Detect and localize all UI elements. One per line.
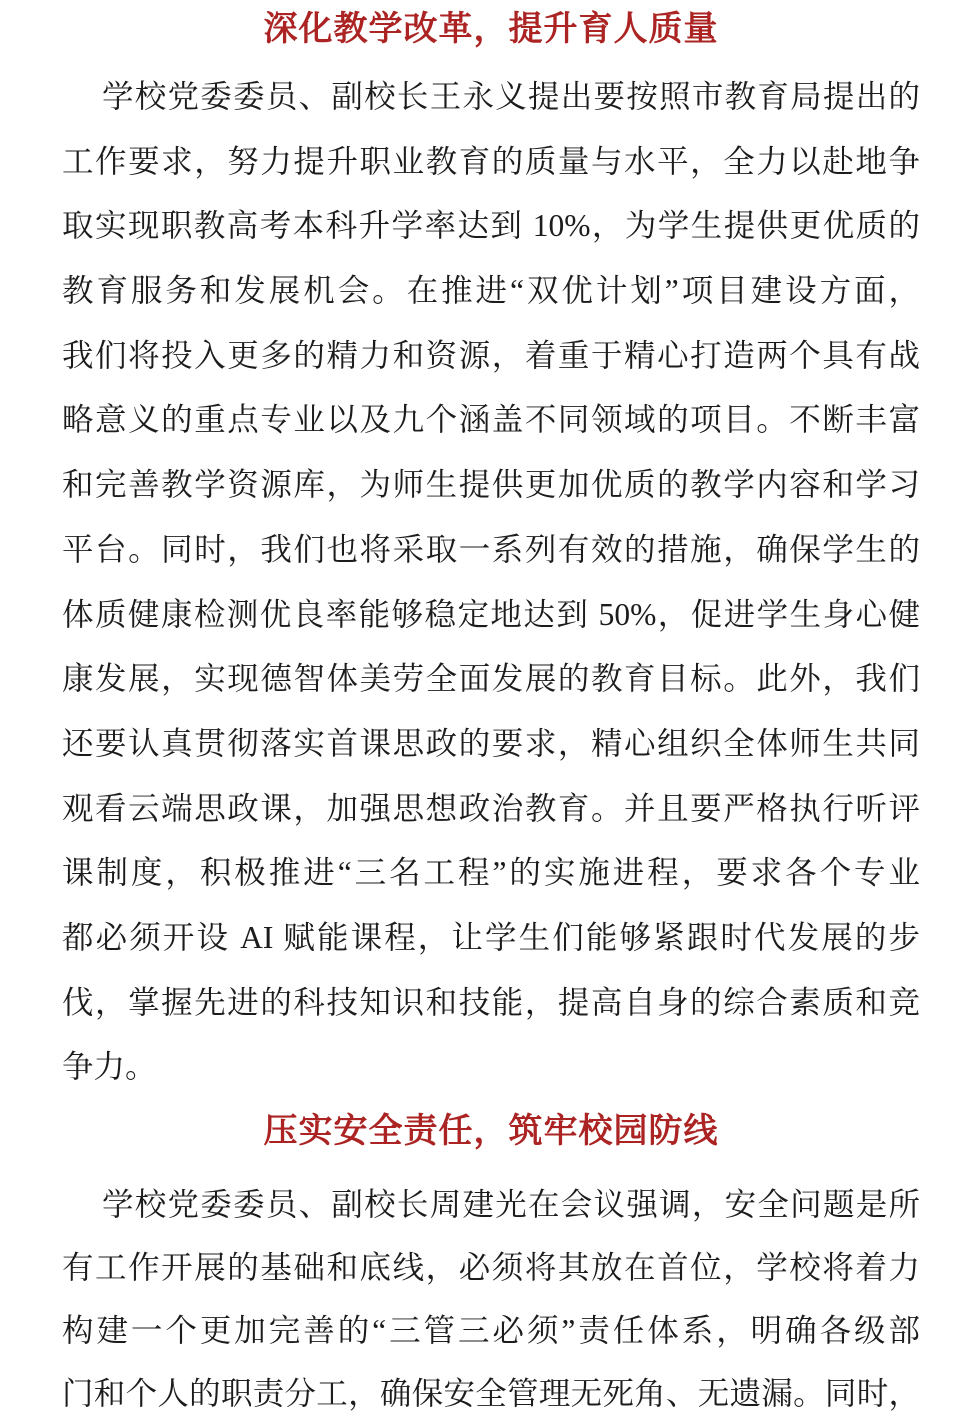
text-line: 略意义的重点专业以及九个涵盖不同领域的项目。不断丰富 xyxy=(62,388,920,453)
text-line: 有工作开展的基础和底线，必须将其放在首位，学校将着力 xyxy=(62,1236,920,1299)
text-line: 伐，掌握先进的科技知识和技能，提高自身的综合素质和竞 xyxy=(62,971,920,1036)
text-line: 体质健康检测优良率能够稳定地达到 50%，促进学生身心健 xyxy=(62,583,920,648)
document-page: 深化教学改革，提升育人质量 学校党委委员、副校长王永义提出要按照市教育局提出的 … xyxy=(0,0,980,1420)
text-line: 取实现职教高考本科升学率达到 10%，为学生提供更优质的 xyxy=(62,194,920,259)
section-heading-safety: 压实安全责任，筑牢校园防线 xyxy=(62,1108,920,1156)
text-line: 和完善教学资源库，为师生提供更加优质的教学内容和学习 xyxy=(62,453,920,518)
text-line: 学校党委委员、副校长周建光在会议强调，安全问题是所 xyxy=(62,1173,920,1236)
text-line: 门和个人的职责分工，确保安全管理无死角、无遗漏。同时， xyxy=(62,1362,920,1420)
text-line: 构建一个更加完善的“三管三必须”责任体系，明确各级部 xyxy=(62,1299,920,1362)
text-line: 工作要求，努力提升职业教育的质量与水平，全力以赴地争 xyxy=(62,130,920,195)
paragraph-safety: 学校党委委员、副校长周建光在会议强调，安全问题是所 有工作开展的基础和底线，必须… xyxy=(62,1173,920,1420)
text-line: 我们将投入更多的精力和资源，着重于精心打造两个具有战 xyxy=(62,324,920,389)
text-line: 康发展，实现德智体美劳全面发展的教育目标。此外，我们 xyxy=(62,647,920,712)
document-content: 深化教学改革，提升育人质量 学校党委委员、副校长王永义提出要按照市教育局提出的 … xyxy=(0,6,980,1420)
text-line: 平台。同时，我们也将采取一系列有效的措施，确保学生的 xyxy=(62,518,920,583)
text-line: 观看云端思政课，加强思想政治教育。并且要严格执行听评 xyxy=(62,777,920,842)
text-line: 学校党委委员、副校长王永义提出要按照市教育局提出的 xyxy=(62,65,920,130)
text-line: 课制度，积极推进“三名工程”的实施进程，要求各个专业 xyxy=(62,841,920,906)
section-heading-teaching-reform: 深化教学改革，提升育人质量 xyxy=(62,6,920,54)
paragraph-teaching-reform: 学校党委委员、副校长王永义提出要按照市教育局提出的 工作要求，努力提升职业教育的… xyxy=(62,65,920,1100)
text-line: 还要认真贯彻落实首课思政的要求，精心组织全体师生共同 xyxy=(62,712,920,777)
text-line: 教育服务和发展机会。在推进“双优计划”项目建设方面， xyxy=(62,259,920,324)
text-line: 都必须开设 AI 赋能课程，让学生们能够紧跟时代发展的步 xyxy=(62,906,920,971)
text-line: 争力。 xyxy=(62,1035,920,1100)
